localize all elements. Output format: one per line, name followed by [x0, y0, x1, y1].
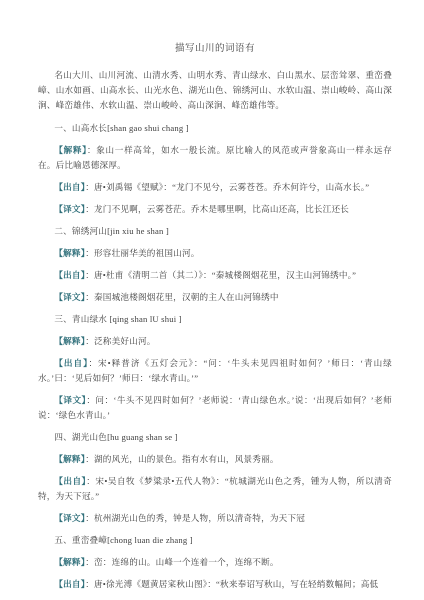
explain-text: ：泛称美好山河。: [85, 336, 155, 346]
source-label: 【出自】: [54, 182, 85, 192]
section-heading: 一、山高水长[shan gao shui chang ]: [38, 121, 392, 136]
explain-label: 【解释】: [54, 336, 85, 346]
explain-label: 【解释】: [54, 454, 85, 464]
document-page: 描写山川的词语有 名山大川、山川河流、山清水秀、山明水秀、青山绿水、白山黑水、层…: [0, 0, 424, 600]
source-text: ：唐•徐光溥《题黄居寀秋山图》：“秋来奉诏写秋山，写在轻绡数幅间；高低: [85, 579, 378, 589]
explain-text: ：峦：连绵的山。山峰一个连着一个，连绵不断。: [85, 557, 278, 567]
entry-explain: 【解释】：形容壮丽华美的祖国山河。: [38, 246, 392, 261]
entry-source: 【出自】：唐•徐光溥《题黄居寀秋山图》：“秋来奉诏写秋山，写在轻绡数幅间；高低: [38, 577, 392, 592]
explain-label: 【解释】: [54, 557, 85, 567]
entry-explain: 【解释】：象山一样高耸，如水一般长流。原比喻人的风范或声誉象高山一样永远存在。后…: [38, 143, 392, 173]
explain-text: ：象山一样高耸，如水一般长流。原比喻人的风范或声誉象高山一样永远存在。后比喻恩德…: [38, 145, 392, 170]
translation-text: ：杭州湖光山色的秀，钟是人物，所以清奇特，为天下冠: [85, 513, 305, 523]
source-text: ：唐•杜甫《清明二首（其二）》：“秦城楼阁烟花里，汉主山河锦绣中。”: [85, 270, 356, 280]
entry-translation: 【译文】：龙门不见啊，云雾苍茫。乔木是哪里啊，比高山还高，比长江还长: [38, 202, 392, 217]
section-2: 二、锦绣河山[jin xiu he shan ] 【解释】：形容壮丽华美的祖国山…: [38, 224, 392, 305]
page-title: 描写山川的词语有: [38, 40, 392, 54]
section-heading: 五、重峦叠嶂[chong luan die zhang ]: [38, 533, 392, 548]
source-text: ：宋•吴自牧《梦粱录•五代人物》：“杭城湖光山色之秀，锺为人物，所以清奇特，为天…: [38, 476, 392, 501]
section-1: 一、山高水长[shan gao shui chang ] 【解释】：象山一样高耸…: [38, 121, 392, 217]
entry-source: 【出自】：唐•杜甫《清明二首（其二）》：“秦城楼阁烟花里，汉主山河锦绣中。”: [38, 268, 392, 283]
source-label: 【出自】: [54, 579, 85, 589]
translation-label: 【译文】: [54, 395, 86, 405]
intro-paragraph: 名山大川、山川河流、山清水秀、山明水秀、青山绿水、白山黑水、层峦耸翠、重峦叠嶂、…: [38, 68, 392, 113]
section-4: 四、湖光山色[hu guang shan se ] 【解释】：湖的风光，山的景色…: [38, 430, 392, 526]
translation-text: ：龙门不见啊，云雾苍茫。乔木是哪里啊，比高山还高，比长江还长: [85, 204, 349, 214]
translation-label: 【译文】: [54, 513, 85, 523]
explain-text: ：形容壮丽华美的祖国山河。: [85, 248, 199, 258]
section-heading: 二、锦绣河山[jin xiu he shan ]: [38, 224, 392, 239]
entry-translation: 【译文】：问：‘牛头不见四时如何？’老师说：‘青山绿色水。’说：‘出现后如何？’…: [38, 393, 392, 423]
translation-label: 【译文】: [54, 204, 85, 214]
entry-translation: 【译文】：杭州湖光山色的秀，钟是人物，所以清奇特，为天下冠: [38, 511, 392, 526]
entry-source: 【出自】：唐•刘禹锡《望赋》：“龙门不见兮，云雾苍苍。乔木何许兮，山高水长。”: [38, 180, 392, 195]
source-label: 【出自】: [54, 358, 88, 368]
entry-explain: 【解释】：峦：连绵的山。山峰一个连着一个，连绵不断。: [38, 555, 392, 570]
entry-explain: 【解释】：湖的风光，山的景色。指有水有山，风景秀丽。: [38, 452, 392, 467]
section-heading: 三、青山绿水 [qing shan lU shui ]: [38, 312, 392, 327]
entry-translation: 【译文】：秦国城池楼阁烟花里，汉朝的主人在山河锦绣中: [38, 290, 392, 305]
source-text: ：唐•刘禹锡《望赋》：“龙门不见兮，云雾苍苍。乔木何许兮，山高水长。”: [85, 182, 369, 192]
translation-text: ：问：‘牛头不见四时如何？’老师说：‘青山绿色水。’说：‘出现后如何？’老师说：…: [38, 395, 392, 420]
entry-source: 【出自】：宋•吴自牧《梦粱录•五代人物》：“杭城湖光山色之秀，锺为人物，所以清奇…: [38, 474, 392, 504]
translation-label: 【译文】: [54, 292, 85, 302]
explain-label: 【解释】: [54, 145, 87, 155]
entry-source: 【出自】：宋•释普济《五灯会元》：“问：‘牛头未见四祖时如何？’师曰：‘青山绿水…: [38, 356, 392, 386]
entry-explain: 【解释】：泛称美好山河。: [38, 334, 392, 349]
section-heading: 四、湖光山色[hu guang shan se ]: [38, 430, 392, 445]
explain-text: ：湖的风光，山的景色。指有水有山，风景秀丽。: [85, 454, 278, 464]
explain-label: 【解释】: [54, 248, 85, 258]
source-label: 【出自】: [54, 476, 86, 486]
translation-text: ：秦国城池楼阁烟花里，汉朝的主人在山河锦绣中: [85, 292, 278, 302]
section-5: 五、重峦叠嶂[chong luan die zhang ] 【解释】：峦：连绵的…: [38, 533, 392, 592]
source-label: 【出自】: [54, 270, 85, 280]
source-text: ：宋•释普济《五灯会元》：“问：‘牛头未见四祖时如何？’师曰：‘青山绿水。’曰：…: [38, 358, 392, 383]
section-3: 三、青山绿水 [qing shan lU shui ] 【解释】：泛称美好山河。…: [38, 312, 392, 423]
